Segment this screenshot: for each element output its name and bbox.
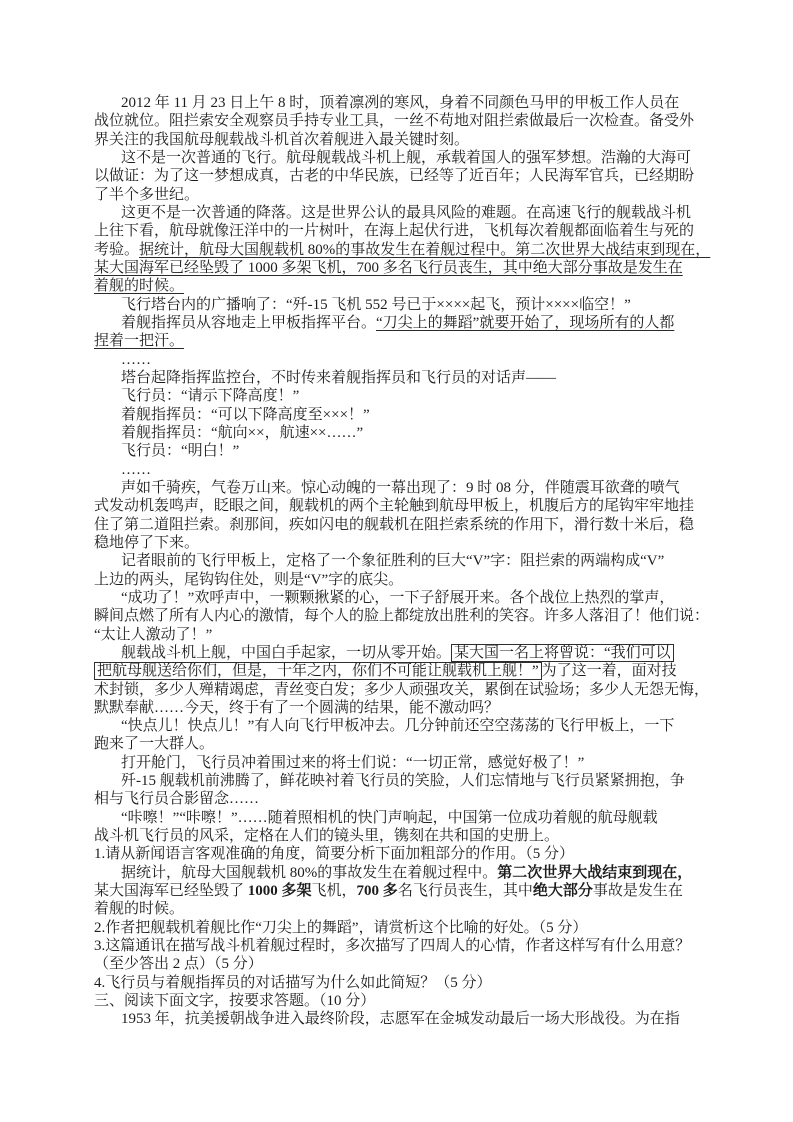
text-line: 上边的两头，尾钩钩住处，则是“V”字的底尖。 (94, 571, 710, 589)
text-segment: 以做证：为了这一梦想成真，古老的中华民族，已经等了近百年；人民海军官兵，已经期盼 (94, 168, 694, 184)
text-segment: …… (121, 462, 151, 478)
text-line: 记者眼前的飞行甲板上，定格了一个象征胜利的巨大“V”字：阻拦索的两端构成“V” (94, 552, 710, 570)
text-segment: 上边的两头，尾钩钩住处，则是“V”字的底尖。 (94, 572, 403, 588)
text-line: 了半个多世纪。 (94, 186, 710, 204)
text-line: …… (94, 461, 710, 479)
text-line: 着舰指挥员从容地走上甲板指挥平台。“刀尖上的舞蹈”就要开始了，现场所有的人都 (94, 314, 710, 332)
text-line: 默默奉献……今天，终于有了一个圆满的结果，能不激动吗？ (94, 699, 710, 717)
text-segment: …… (121, 352, 151, 368)
text-segment: 瞬间点燃了所有人内心的激情，每个人的脸上都绽放出胜利的笑容。许多人落泪了！他们说… (94, 608, 709, 624)
underlined-text: 着舰的时候。 (94, 278, 184, 294)
text-segment: “太让人激动了！” (94, 627, 212, 643)
text-segment: 相与飞行员合影留念…… (94, 791, 259, 807)
text-segment: 2.作者把舰载机着舰比作“刀尖上的舞蹈”，请赏析这个比喻的好处。（5 分） (94, 920, 587, 936)
text-line: 住了第二道阻拦索。刹那间，疾如闪电的舰载机在阻拦索系统的作用下，滑行数十米后，稳 (94, 516, 710, 534)
text-segment: 界关注的我国航母舰载战斗机首次着舰进入最关键时刻。 (94, 132, 469, 148)
text-segment: 塔台起降指挥监控台，不时传来着舰指挥员和飞行员的对话声—— (121, 370, 556, 386)
text-segment: 名飞行员丧生，其中 (398, 883, 533, 899)
text-segment: 着舰指挥员从容地走上甲板指挥平台。 (121, 315, 376, 331)
text-segment: 记者眼前的飞行甲板上，定格了一个象征胜利的巨大“V”字：阻拦索的两端构成“V” (121, 553, 664, 569)
text-line: 某大国海军已经坠毁了 1000 多架飞机，700 多名飞行员丧生，其中绝大部分事… (94, 259, 710, 277)
text-segment: 声如千骑疾，气卷万山来。惊心动魄的一幕出现了：9 时 08 分，伴随震耳欲聋的喷… (121, 480, 680, 496)
text-segment: “快点儿！快点儿！”有人向飞行甲板冲去。几分钟前还空空荡荡的飞行甲板上，一下 (121, 718, 674, 734)
text-line: 捏着一把汗。 (94, 332, 710, 350)
text-line: 2012 年 11 月 23 日上午 8 时，顶着凛冽的寒风，身着不同颜色马甲的… (94, 94, 710, 112)
text-line: 着舰指挥员：“可以下降高度至×××！” (94, 406, 710, 424)
text-line: 某大国海军已经坠毁了 1000 多架飞机，700 多名飞行员丧生，其中绝大部分事… (94, 882, 710, 900)
text-segment: 考验。 (94, 242, 139, 258)
text-line: 把航母舰送给你们，但是，十年之内，你们不可能让舰载机上舰！”为了这一着，面对技 (94, 662, 710, 680)
text-line: 飞行员：“明白！” (94, 442, 710, 460)
text-segment: 为了这一着，面对技 (542, 663, 677, 679)
text-segment: 跑来了一大群人。 (94, 736, 214, 752)
text-segment: 1953 年，抗美援朝战争进入最终阶段，志愿军在金城发动最后一场大形战役。为在指 (121, 1011, 680, 1027)
text-segment: （至少答出 2 点）（5 分） (94, 956, 263, 972)
text-segment: 飞机， (312, 883, 357, 899)
text-line: …… (94, 351, 710, 369)
text-line: “快点儿！快点儿！”有人向飞行甲板冲去。几分钟前还空空荡荡的飞行甲板上，一下 (94, 717, 710, 735)
text-segment: “咔嚓！”“咔嚓！”……随着照相机的快门声响起，中国第一位成功着舰的航母舰载 (121, 810, 658, 826)
text-line: “成功了！”欢呼声中，一颗颗揪紧的心，一下子舒展开来。各个战位上热烈的掌声， (94, 589, 710, 607)
text-segment: 2012 年 11 月 23 日上午 8 时，顶着凛冽的寒风，身着不同颜色马甲的… (121, 95, 679, 111)
text-segment: 着舰指挥员：“航向××，航速××……” (121, 425, 363, 441)
text-line: 术封锁，多少人殚精竭虑，青丝变白发；多少人顽强攻关，累倒在试验场；多少人无怨无悔… (94, 681, 710, 699)
underlined-text: 据统计，航母大国舰载机 80%的事故发生在着舰过程中。第二次世界大战结束到现在， (139, 242, 710, 258)
text-line: 着舰的时候。 (94, 900, 710, 918)
text-line: “咔嚓！”“咔嚓！”……随着照相机的快门声响起，中国第一位成功着舰的航母舰载 (94, 809, 710, 827)
text-segment: 上往下看，航母就像汪洋中的一片树叶，在海上起伏行进，飞机每次着舰都面临着生与死的 (94, 223, 694, 239)
text-line: 3.这篇通讯在描写战斗机着舰过程时，多次描写了四周人的心情，作者这样写有什么用意… (94, 937, 710, 955)
text-line: 上往下看，航母就像汪洋中的一片树叶，在海上起伏行进，飞机每次着舰都面临着生与死的 (94, 222, 710, 240)
text-line: 塔台起降指挥监控台，不时传来着舰指挥员和飞行员的对话声—— (94, 369, 710, 387)
text-segment: 战位就位。阻拦索安全观察员手持专业工具，一丝不苟地对阻拦索做最后一次检查。备受外 (94, 113, 694, 129)
bold-text: 700 多 (357, 883, 398, 899)
text-line: 2.作者把舰载机着舰比作“刀尖上的舞蹈”，请赏析这个比喻的好处。（5 分） (94, 919, 710, 937)
text-segment: 这不是一次普通的飞行。航母舰载战斗机上舰，承载着国人的强军梦想。浩瀚的大海可 (121, 150, 691, 166)
text-segment: 了半个多世纪。 (94, 187, 199, 203)
text-line: 歼-15 舰载机前沸腾了，鲜花映衬着飞行员的笑脸，人们忘情地与飞行员紧紧拥抱，争 (94, 772, 710, 790)
text-line: 跑来了一大群人。 (94, 735, 710, 753)
text-segment: 三、阅读下面文字，按要求答题。（10 分） (94, 993, 375, 1009)
document-page: 2012 年 11 月 23 日上午 8 时，顶着凛冽的寒风，身着不同颜色马甲的… (0, 0, 793, 1122)
text-line: 式发动机轰鸣声，眨眼之间，舰载机的两个主轮触到航母甲板上，机腹后方的尾钩牢牢地挂 (94, 497, 710, 515)
text-segment: 4.飞行员与着舰指挥员的对话描写为什么如此简短？（5 分） (94, 975, 492, 991)
text-line: 1953 年，抗美援朝战争进入最终阶段，志愿军在金城发动最后一场大形战役。为在指 (94, 1010, 710, 1028)
text-line: 着舰的时候。 (94, 277, 710, 295)
text-line: 考验。据统计，航母大国舰载机 80%的事故发生在着舰过程中。第二次世界大战结束到… (94, 241, 710, 259)
text-segment: 这更不是一次普通的降落。这是世界公认的最具风险的难题。在高速飞行的舰载战斗机 (121, 205, 691, 221)
text-line: 据统计，航母大国舰载机 80%的事故发生在着舰过程中。第二次世界大战结束到现在， (94, 864, 710, 882)
text-line: 舰载战斗机上舰，中国白手起家，一切从零开始。某大国一名上将曾说：“我们可以 (94, 644, 710, 662)
text-line: 着舰指挥员：“航向××，航速××……” (94, 424, 710, 442)
text-line: 以做证：为了这一梦想成真，古老的中华民族，已经等了近百年；人民海军官兵，已经期盼 (94, 167, 710, 185)
text-segment: “成功了！”欢呼声中，一颗颗揪紧的心，一下子舒展开来。各个战位上热烈的掌声， (121, 590, 674, 606)
underlined-text: 捏着一把汗。 (94, 333, 184, 349)
text-segment: 飞行员：“明白！” (121, 443, 239, 459)
boxed-text: 把航母舰送给你们，但是，十年之内，你们不可能让舰载机上舰！” (94, 662, 542, 680)
text-segment: 稳地停了下来。 (94, 535, 199, 551)
text-line: （至少答出 2 点）（5 分） (94, 955, 710, 973)
text-segment: 事故是发生在 (593, 883, 683, 899)
text-segment: 飞行塔台内的广播响了：“歼-15 飞机 552 号已于××××起飞，预计××××… (121, 297, 631, 313)
text-segment: 歼-15 舰载机前沸腾了，鲜花映衬着飞行员的笑脸，人们忘情地与飞行员紧紧拥抱，争 (121, 773, 685, 789)
text-line: 瞬间点燃了所有人内心的激情，每个人的脸上都绽放出胜利的笑容。许多人落泪了！他们说… (94, 607, 710, 625)
text-segment: 住了第二道阻拦索。刹那间，疾如闪电的舰载机在阻拦索系统的作用下，滑行数十米后，稳 (94, 517, 694, 533)
document-body: 2012 年 11 月 23 日上午 8 时，顶着凛冽的寒风，身着不同颜色马甲的… (94, 94, 710, 1029)
text-segment: 式发动机轰鸣声，眨眼之间，舰载机的两个主轮触到航母甲板上，机腹后方的尾钩牢牢地挂 (94, 498, 694, 514)
text-line: 相与飞行员合影留念…… (94, 790, 710, 808)
text-segment: 据统计，航母大国舰载机 80%的事故发生在着舰过程中。 (121, 865, 497, 881)
text-line: 飞行塔台内的广播响了：“歼-15 飞机 552 号已于××××起飞，预计××××… (94, 296, 710, 314)
text-line: “太让人激动了！” (94, 626, 710, 644)
text-segment: 着舰的时候。 (94, 901, 184, 917)
bold-text: 第二次世界大战结束到现在， (497, 865, 692, 881)
text-segment: 术封锁，多少人殚精竭虑，青丝变白发；多少人顽强攻关，累倒在试验场；多少人无怨无悔… (94, 682, 709, 698)
text-line: 1.请从新闻语言客观准确的角度，简要分析下面加粗部分的作用。（5 分） (94, 845, 710, 863)
text-line: 这不是一次普通的飞行。航母舰载战斗机上舰，承载着国人的强军梦想。浩瀚的大海可 (94, 149, 710, 167)
text-segment: 飞行员：“请示下降高度！” (121, 388, 299, 404)
text-segment: 默默奉献……今天，终于有了一个圆满的结果，能不激动吗？ (94, 700, 499, 716)
text-line: 这更不是一次普通的降落。这是世界公认的最具风险的难题。在高速飞行的舰载战斗机 (94, 204, 710, 222)
text-line: 飞行员：“请示下降高度！” (94, 387, 710, 405)
text-line: 声如千骑疾，气卷万山来。惊心动魄的一幕出现了：9 时 08 分，伴随震耳欲聋的喷… (94, 479, 710, 497)
text-line: 稳地停了下来。 (94, 534, 710, 552)
text-line: 4.飞行员与着舰指挥员的对话描写为什么如此简短？（5 分） (94, 974, 710, 992)
text-segment: 3.这篇通讯在描写战斗机着舰过程时，多次描写了四周人的心情，作者这样写有什么用意… (94, 938, 690, 954)
text-segment: 1.请从新闻语言客观准确的角度，简要分析下面加粗部分的作用。（5 分） (94, 846, 574, 862)
underlined-text: 某大国海军已经坠毁了 1000 多架飞机，700 多名飞行员丧生，其中绝大部分事… (94, 260, 683, 276)
text-segment: 舰载战斗机上舰，中国白手起家，一切从零开始。 (121, 645, 451, 661)
underlined-text: “刀尖上的舞蹈”就要开始了，现场所有的人都 (376, 315, 674, 331)
bold-text: 1000 多架 (248, 883, 312, 899)
bold-text: 绝大部分 (533, 883, 593, 899)
text-segment: 打开舱门，飞行员冲着围过来的将士们说：“一切正常，感觉好极了！” (121, 755, 584, 771)
text-segment: 着舰指挥员：“可以下降高度至×××！” (121, 407, 370, 423)
text-line: 战位就位。阻拦索安全观察员手持专业工具，一丝不苟地对阻拦索做最后一次检查。备受外 (94, 112, 710, 130)
text-line: 战斗机飞行员的风采，定格在人们的镜头里，镌刻在共和国的史册上。 (94, 827, 710, 845)
boxed-text: 某大国一名上将曾说：“我们可以 (451, 644, 674, 662)
text-segment: 某大国海军已经坠毁了 (94, 883, 248, 899)
text-line: 界关注的我国航母舰载战斗机首次着舰进入最关键时刻。 (94, 131, 710, 149)
text-line: 打开舱门，飞行员冲着围过来的将士们说：“一切正常，感觉好极了！” (94, 754, 710, 772)
text-line: 三、阅读下面文字，按要求答题。（10 分） (94, 992, 710, 1010)
text-segment: 战斗机飞行员的风采，定格在人们的镜头里，镌刻在共和国的史册上。 (94, 828, 559, 844)
